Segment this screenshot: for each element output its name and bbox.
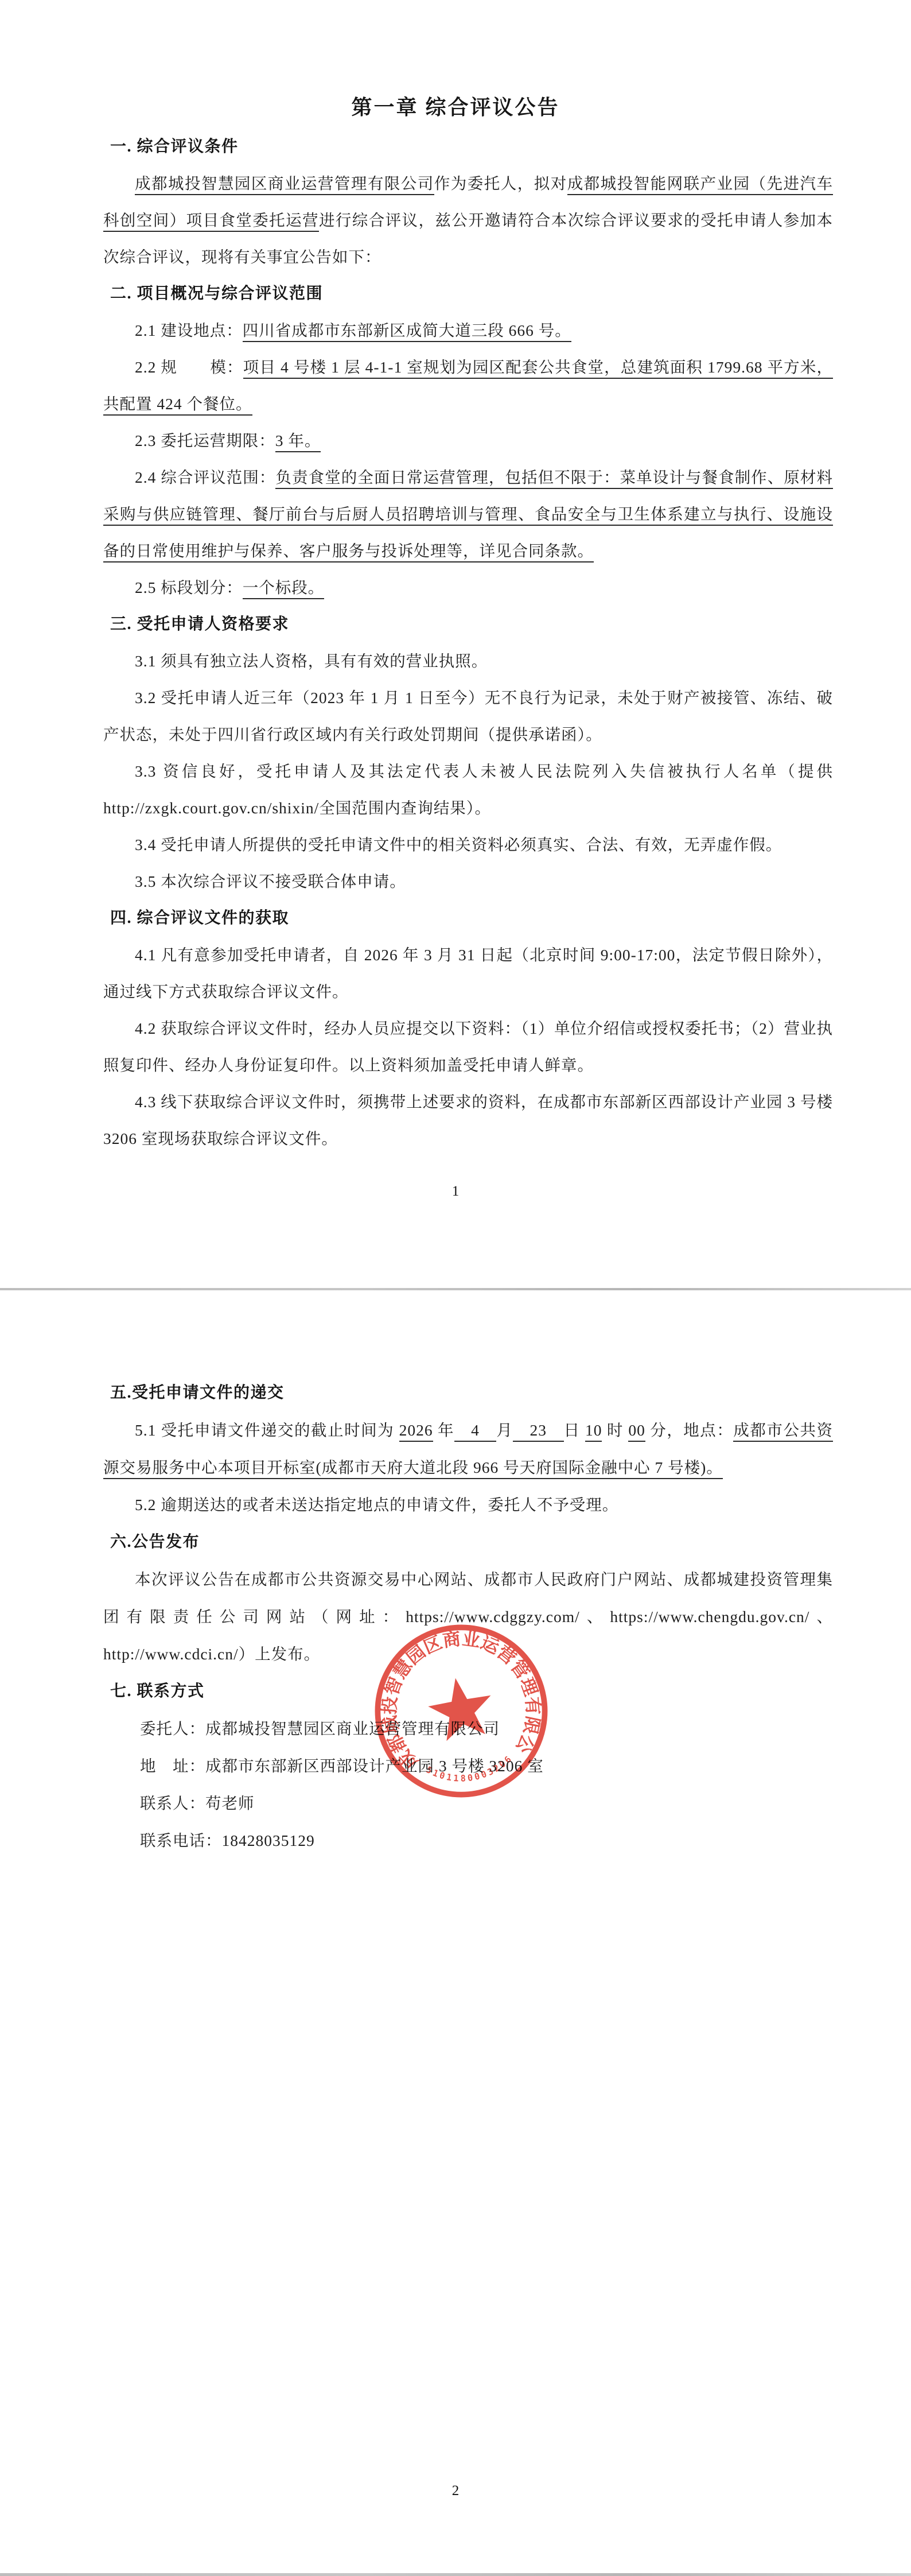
section-4-heading: 四. 综合评议文件的获取 <box>110 900 833 937</box>
deadline-label: 5.1 受托申请文件递交的截止时间为 <box>135 1421 399 1439</box>
item-3-1: 3.1 须具有独立法人资格，具有有效的营业执照。 <box>103 643 833 680</box>
section-2-heading: 二. 项目概况与综合评议范围 <box>110 276 833 312</box>
section-3-heading: 三. 受托申请人资格要求 <box>110 606 833 643</box>
item-label: 2.5 标段划分： <box>135 579 243 596</box>
page-1: 第一章 综合评议公告 一. 综合评议条件 成都城投智慧园区商业运营管理有限公司作… <box>0 0 911 1288</box>
item-3-2: 3.2 受托申请人近三年（2023 年 1 月 1 日至今）无不良行为记录，未处… <box>103 680 833 753</box>
item-2-1: 2.1 建设地点：四川省成都市东部新区成简大道三段 666 号。 <box>103 312 833 349</box>
item-3-3: 3.3 资信良好，受托申请人及其法定代表人未被人民法院列入失信被执行人名单（提供… <box>103 753 833 827</box>
contact-address-line: 地 址：成都市东部新区西部设计产业园 3 号楼 3206 室 <box>140 1747 833 1784</box>
page-2-content: 五.受托申请文件的递交 5.1 受托申请文件递交的截止时间为 2026 年 4 … <box>103 1374 833 1859</box>
section-1-paragraph: 成都城投智慧园区商业运营管理有限公司作为委托人，拟对成都城投智能网联产业园（先进… <box>103 165 833 276</box>
item-5-2: 5.2 逾期送达的或者未送达指定地点的申请文件，委托人不予受理。 <box>103 1486 833 1523</box>
item-4-1: 4.1 凡有意参加受托申请者，自 2026 年 3 月 31 日起（北京时间 9… <box>103 937 833 1010</box>
item-2-3: 2.3 委托运营期限：3 年。 <box>103 422 833 459</box>
section-7-heading: 七. 联系方式 <box>110 1673 833 1710</box>
deadline-month: 4 <box>454 1421 496 1442</box>
page-2: 五.受托申请文件的递交 5.1 受托申请文件递交的截止时间为 2026 年 4 … <box>0 1290 911 2573</box>
section-5-heading: 五.受托申请文件的递交 <box>110 1374 833 1411</box>
item-5-1: 5.1 受托申请文件递交的截止时间为 2026 年 4 月 23 日 10 时 … <box>103 1411 833 1486</box>
item-2-4: 2.4 综合评议范围：负责食堂的全面日常运营管理，包括但不限于：菜单设计与餐食制… <box>103 459 833 569</box>
deadline-day: 23 <box>513 1421 563 1442</box>
contact-person-line: 联系人：苟老师 <box>140 1784 833 1822</box>
item-4-3: 4.3 线下获取综合评议文件时，须携带上述要求的资料，在成都市东部新区西部设计产… <box>103 1084 833 1157</box>
bottom-page-edge <box>0 2573 911 2576</box>
page-title: 第一章 综合评议公告 <box>0 93 911 122</box>
deadline-hour: 10 <box>585 1421 602 1442</box>
contact-phone-line: 联系电话：18428035129 <box>140 1822 833 1859</box>
unit-minute: 分，地点： <box>645 1421 734 1439</box>
unit-year: 年 <box>433 1421 454 1439</box>
item-3-4: 3.4 受托申请人所提供的受托申请文件中的相关资料必须真实、合法、有效，无弄虚作… <box>103 827 833 863</box>
item-label: 2.1 建设地点： <box>135 321 243 339</box>
page-2-number: 2 <box>0 2483 911 2499</box>
construction-site-value: 四川省成都市东部新区成简大道三段 666 号。 <box>243 321 571 342</box>
paragraph-text: 作为委托人，拟对 <box>434 174 567 192</box>
item-3-5: 3.5 本次综合评议不接受联合体申请。 <box>103 863 833 900</box>
section-6-paragraph: 本次评议公告在成都市公共资源交易中心网站、成都市人民政府门户网站、成都城建投资管… <box>103 1561 833 1673</box>
item-label: 2.2 规 模： <box>135 358 243 376</box>
section-1-heading: 一. 综合评议条件 <box>110 129 833 165</box>
deadline-year: 2026 <box>399 1421 433 1442</box>
deadline-minute: 00 <box>628 1421 645 1442</box>
lot-division-value: 一个标段。 <box>243 579 325 599</box>
operation-term-value: 3 年。 <box>275 432 321 452</box>
section-6-heading: 六.公告发布 <box>110 1523 833 1561</box>
item-label: 2.3 委托运营期限： <box>135 432 275 449</box>
page-1-number: 1 <box>0 1184 911 1200</box>
unit-hour: 时 <box>602 1421 628 1439</box>
item-label: 2.4 综合评议范围： <box>135 468 275 486</box>
document: 第一章 综合评议公告 一. 综合评议条件 成都城投智慧园区商业运营管理有限公司作… <box>0 0 911 2576</box>
page-1-content: 一. 综合评议条件 成都城投智慧园区商业运营管理有限公司作为委托人，拟对成都城投… <box>103 129 833 1157</box>
item-4-2: 4.2 获取综合评议文件时，经办人员应提交以下资料：（1）单位介绍信或授权委托书… <box>103 1010 833 1084</box>
contact-client-line: 委托人：成都城投智慧园区商业运营管理有限公司 <box>140 1710 833 1747</box>
item-2-5: 2.5 标段划分：一个标段。 <box>103 569 833 606</box>
unit-month: 月 <box>496 1421 513 1439</box>
client-company-name: 成都城投智慧园区商业运营管理有限公司 <box>135 174 434 195</box>
unit-day: 日 <box>564 1421 585 1439</box>
item-2-2: 2.2 规 模：项目 4 号楼 1 层 4-1-1 室规划为园区配套公共食堂，总… <box>103 349 833 422</box>
